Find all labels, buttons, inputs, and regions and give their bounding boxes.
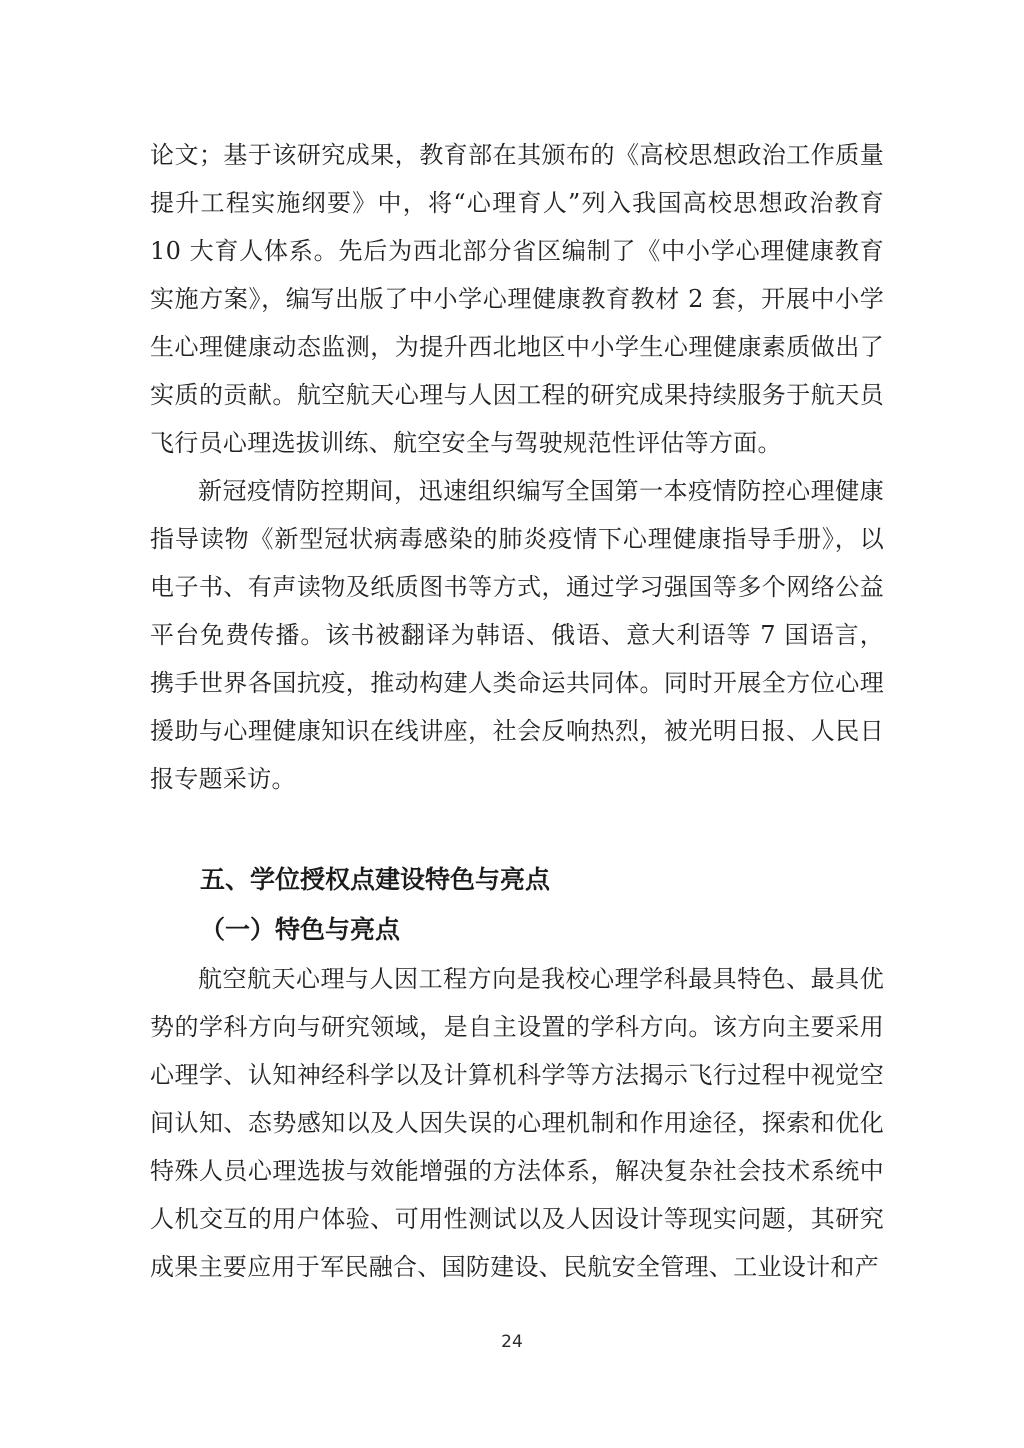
paragraph-continuation: 论文；基于该研究成果，教育部在其颁布的《高校思想政治工作质量提升工程实施纲要》中…: [150, 131, 884, 467]
section-heading: 五、学位授权点建设特色与亮点: [150, 855, 884, 905]
paragraph-covid: 新冠疫情防控期间，迅速组织编写全国第一本疫情防控心理健康指导读物《新型冠状病毒感…: [150, 467, 884, 803]
text-block: 论文；基于该研究成果，教育部在其颁布的《高校思想政治工作质量提升工程实施纲要》中…: [150, 131, 884, 1291]
subsection-heading: （一）特色与亮点: [150, 905, 884, 955]
document-page: 论文；基于该研究成果，教育部在其颁布的《高校思想政治工作质量提升工程实施纲要》中…: [0, 0, 1024, 1448]
paragraph-feature: 航空航天心理与人因工程方向是我校心理学科最具特色、最具优势的学科方向与研究领域，…: [150, 955, 884, 1291]
page-footer: 24: [0, 1332, 1024, 1352]
page-number: 24: [501, 1332, 523, 1352]
